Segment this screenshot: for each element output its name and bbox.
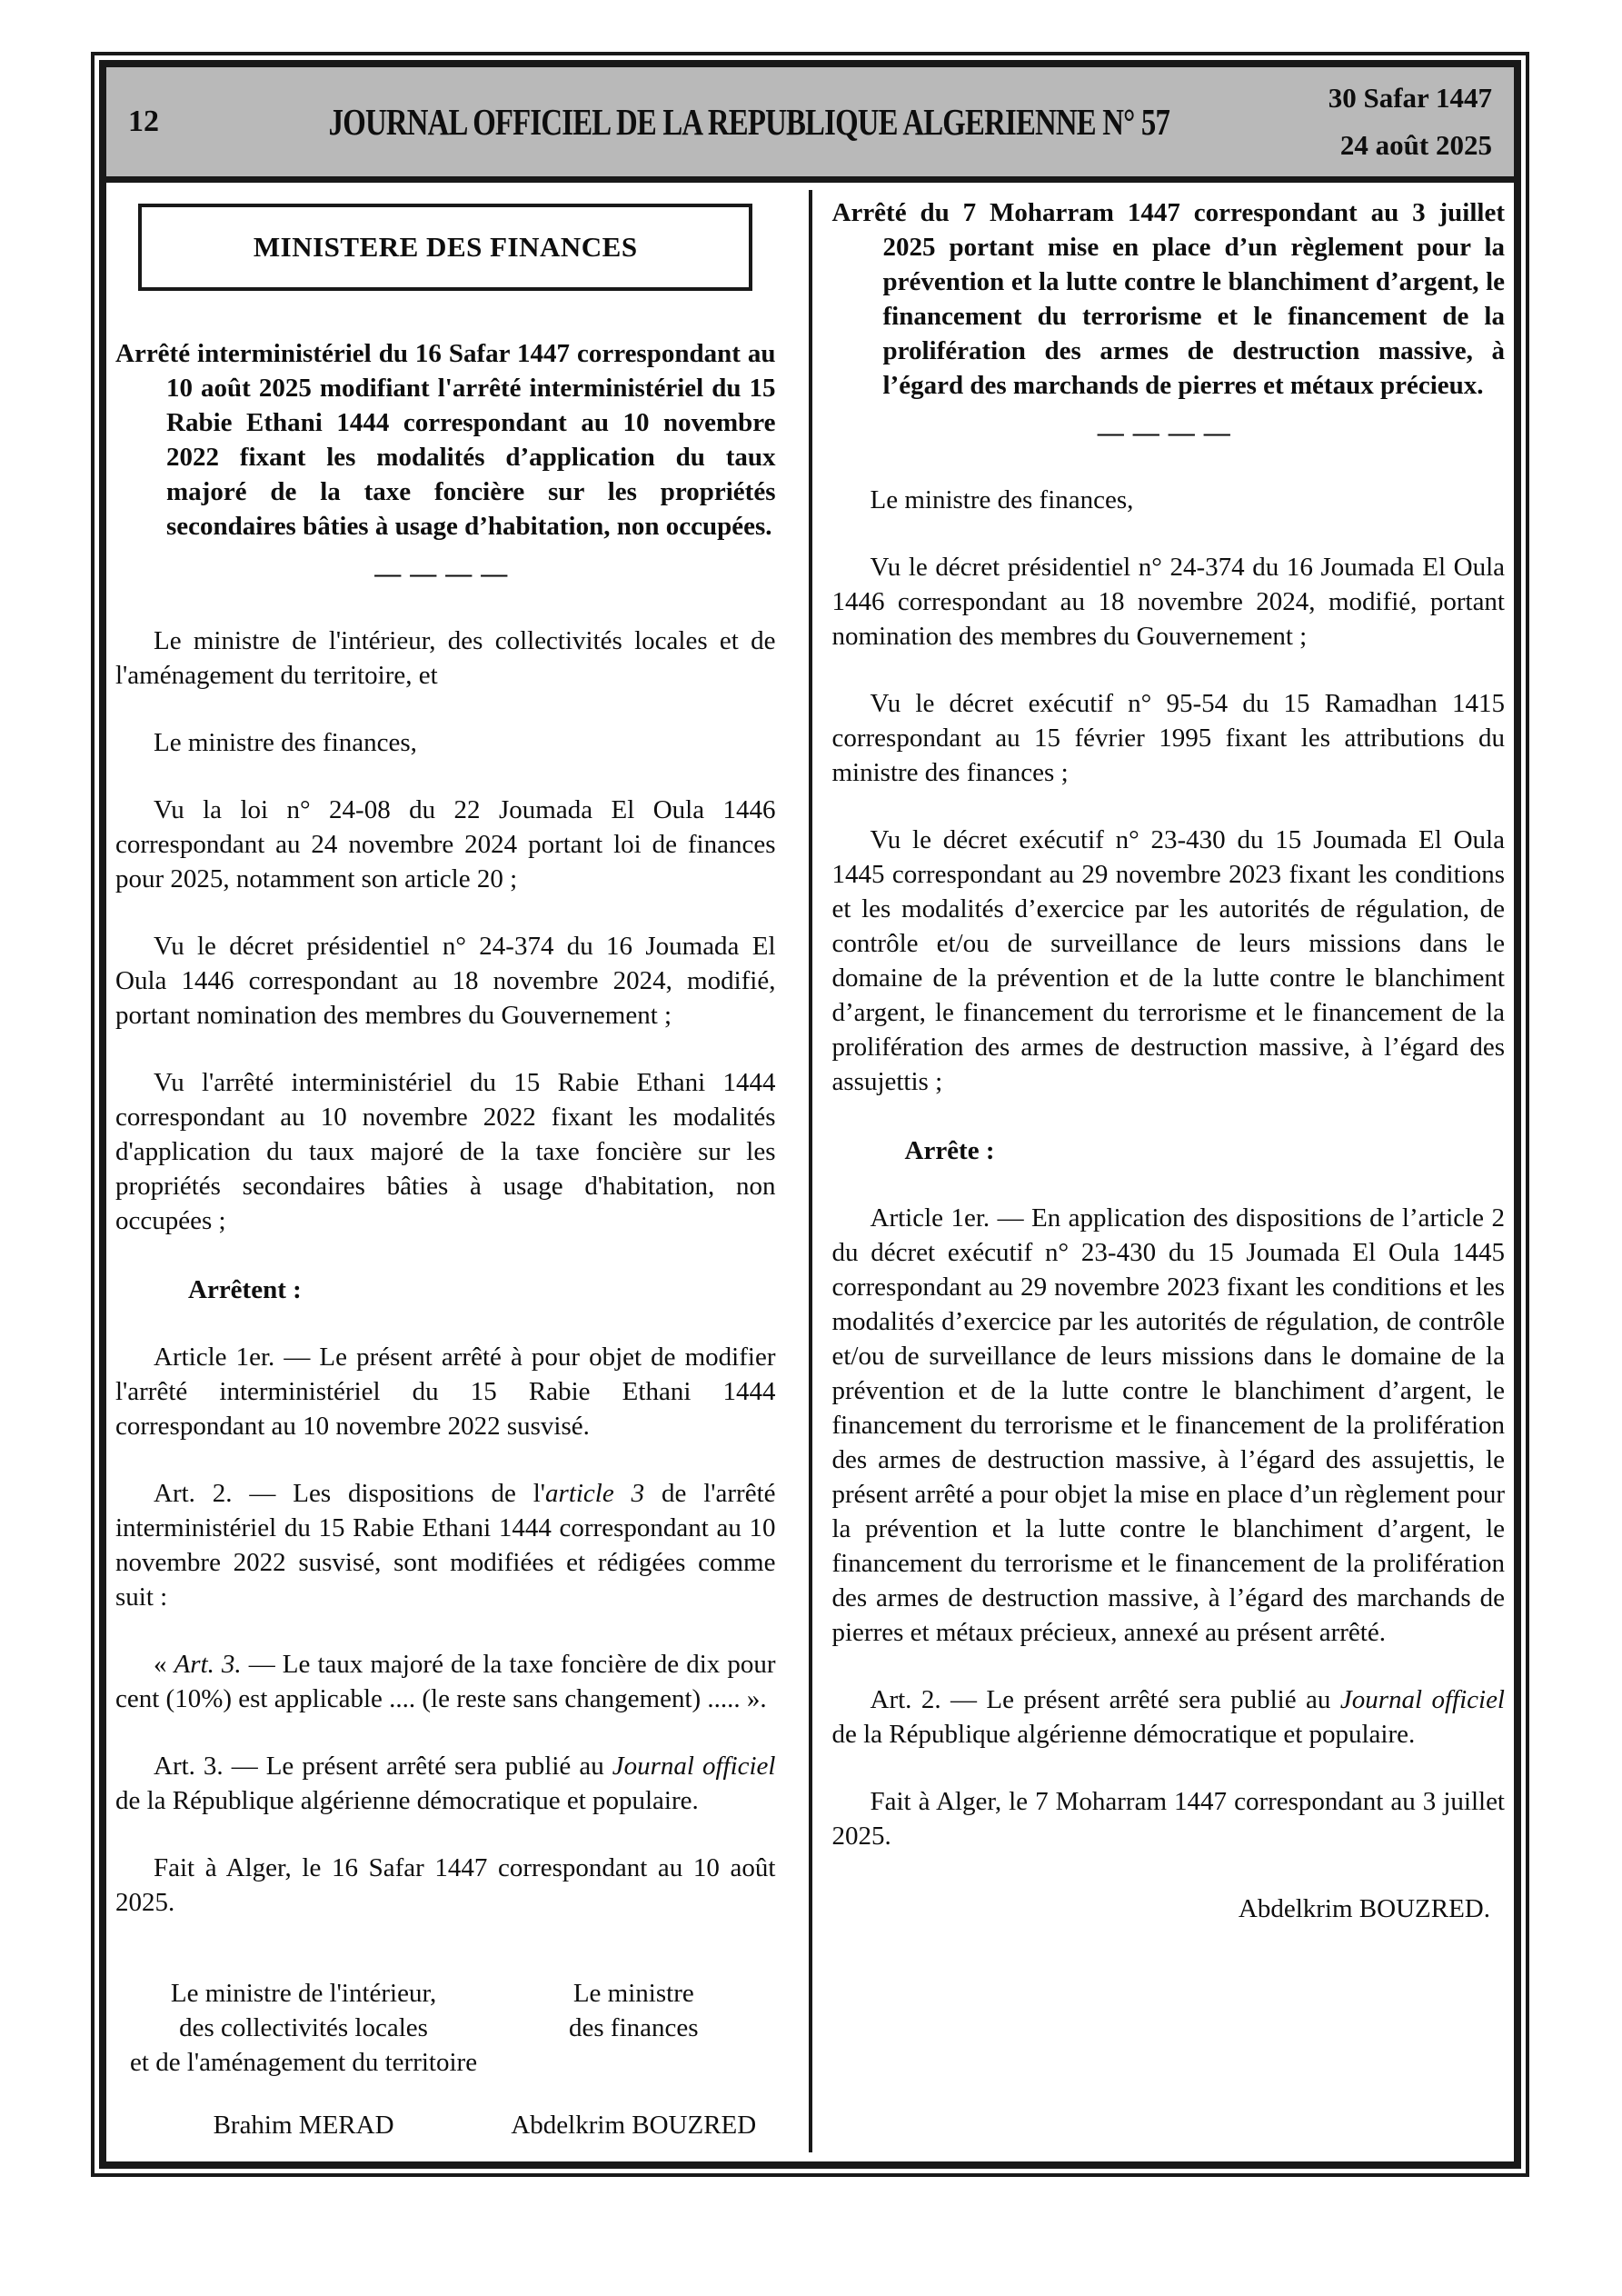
left-article-3-post: de la République algérienne démocratique… xyxy=(115,1786,699,1815)
journal-title-wrap: JOURNAL OFFICIEL DE LA REPUBLIQUE ALGERI… xyxy=(224,100,1275,144)
page-sheet: 12 JOURNAL OFFICIEL DE LA REPUBLIQUE ALG… xyxy=(0,0,1622,2296)
signature-title-finances-line1: Le ministre xyxy=(492,1976,775,2011)
signature-title-finances: Le ministre des finances xyxy=(492,1976,775,2080)
left-date-signature-line: Fait à Alger, le 16 Safar 1447 correspon… xyxy=(115,1851,776,1920)
right-date-signature-line: Fait à Alger, le 7 Moharram 1447 corresp… xyxy=(832,1784,1506,1853)
right-decree-title: Arrêté du 7 Moharram 1447 correspondant … xyxy=(832,195,1506,403)
right-paragraph-ministre-finances: Le ministre des finances, xyxy=(832,483,1506,517)
left-article-2: Art. 2. — Les dispositions de l'article … xyxy=(115,1476,776,1614)
left-article-3-quote: « Art. 3. — Le taux majoré de la taxe fo… xyxy=(115,1647,776,1716)
signature-title-interieur-line2: des collectivités locales xyxy=(115,2011,492,2045)
left-article-3-publication: Art. 3. — Le présent arrêté sera publié … xyxy=(115,1749,776,1818)
left-decree-title: Arrêté interministériel du 16 Safar 1447… xyxy=(115,336,776,544)
left-signature-titles: Le ministre de l'intérieur, des collecti… xyxy=(115,1976,776,2080)
right-visa-decret-executif-23-430: Vu le décret exécutif n° 23-430 du 15 Jo… xyxy=(832,823,1506,1099)
left-dash-separator: ———— xyxy=(115,556,776,591)
right-column: Arrêté du 7 Moharram 1447 correspondant … xyxy=(811,183,1515,2161)
header-bar: 12 JOURNAL OFFICIEL DE LA REPUBLIQUE ALG… xyxy=(106,67,1514,183)
left-article-3-quote-pre: « xyxy=(154,1650,174,1679)
page-content: MINISTERE DES FINANCES Arrêté interminis… xyxy=(106,183,1514,2161)
right-signature-name: Abdelkrim BOUZRED. xyxy=(832,1892,1506,1926)
right-visa-decret-executif-95-54: Vu le décret exécutif n° 95-54 du 15 Ram… xyxy=(832,686,1506,790)
left-column: MINISTERE DES FINANCES Arrêté interminis… xyxy=(106,183,811,2161)
left-article-3-italic: Journal officiel xyxy=(612,1752,776,1781)
left-paragraph-ministre-finances: Le ministre des finances, xyxy=(115,725,776,760)
issue-dates: 30 Safar 1447 24 août 2025 xyxy=(1275,75,1492,169)
left-paragraph-ministre-interieur: Le ministre de l'intérieur, des collecti… xyxy=(115,624,776,693)
page-frame: 12 JOURNAL OFFICIEL DE LA REPUBLIQUE ALG… xyxy=(91,52,1529,2177)
ministry-box: MINISTERE DES FINANCES xyxy=(138,204,752,291)
signature-title-interieur: Le ministre de l'intérieur, des collecti… xyxy=(115,1976,492,2080)
signature-title-interieur-line1: Le ministre de l'intérieur, xyxy=(115,1976,492,2011)
date-gregorian: 24 août 2025 xyxy=(1275,122,1492,169)
right-article-2-post: de la République algérienne démocratique… xyxy=(832,1720,1416,1749)
signature-name-merad: Brahim MERAD xyxy=(115,2108,492,2142)
journal-title: JOURNAL OFFICIEL DE LA REPUBLIQUE ALGERI… xyxy=(329,100,1169,144)
left-visa-loi: Vu la loi n° 24-08 du 22 Joumada El Oula… xyxy=(115,793,776,896)
page-inner-frame: 12 JOURNAL OFFICIEL DE LA REPUBLIQUE ALG… xyxy=(99,60,1521,2169)
left-article-1: Article 1er. — Le présent arrêté à pour … xyxy=(115,1340,776,1443)
right-article-2-pre: Art. 2. — Le présent arrêté sera publié … xyxy=(871,1685,1340,1714)
left-article-2-italic: article 3 xyxy=(545,1479,644,1508)
left-article-2-pre: Art. 2. — Les dispositions de l' xyxy=(154,1479,545,1508)
right-article-2-italic: Journal officiel xyxy=(1340,1685,1505,1714)
left-signature-names: Brahim MERAD Abdelkrim BOUZRED xyxy=(115,2108,776,2142)
page-number: 12 xyxy=(128,105,224,139)
column-divider xyxy=(809,190,812,2152)
right-visa-decret-presidentiel: Vu le décret présidentiel n° 24-374 du 1… xyxy=(832,550,1506,654)
right-article-2: Art. 2. — Le présent arrêté sera publié … xyxy=(832,1682,1506,1752)
signature-title-finances-line2: des finances xyxy=(492,2011,775,2045)
right-article-1: Article 1er. — En application des dispos… xyxy=(832,1201,1506,1650)
left-visa-arrete-interministeriel: Vu l'arrêté interministériel du 15 Rabie… xyxy=(115,1065,776,1238)
signature-name-bouzred: Abdelkrim BOUZRED xyxy=(492,2108,775,2142)
right-decree-word: Arrête : xyxy=(832,1133,1506,1168)
left-article-3-pre: Art. 3. — Le présent arrêté sera publié … xyxy=(154,1752,612,1781)
signature-title-interieur-line3: et de l'aménagement du territoire xyxy=(115,2045,492,2080)
right-dash-separator: ———— xyxy=(832,415,1506,450)
left-decree-word: Arrêtent : xyxy=(115,1273,776,1307)
left-article-3-quote-italic: Art. 3. xyxy=(174,1650,242,1679)
left-visa-decret-presidentiel: Vu le décret présidentiel n° 24-374 du 1… xyxy=(115,929,776,1033)
date-hijri: 30 Safar 1447 xyxy=(1275,75,1492,122)
